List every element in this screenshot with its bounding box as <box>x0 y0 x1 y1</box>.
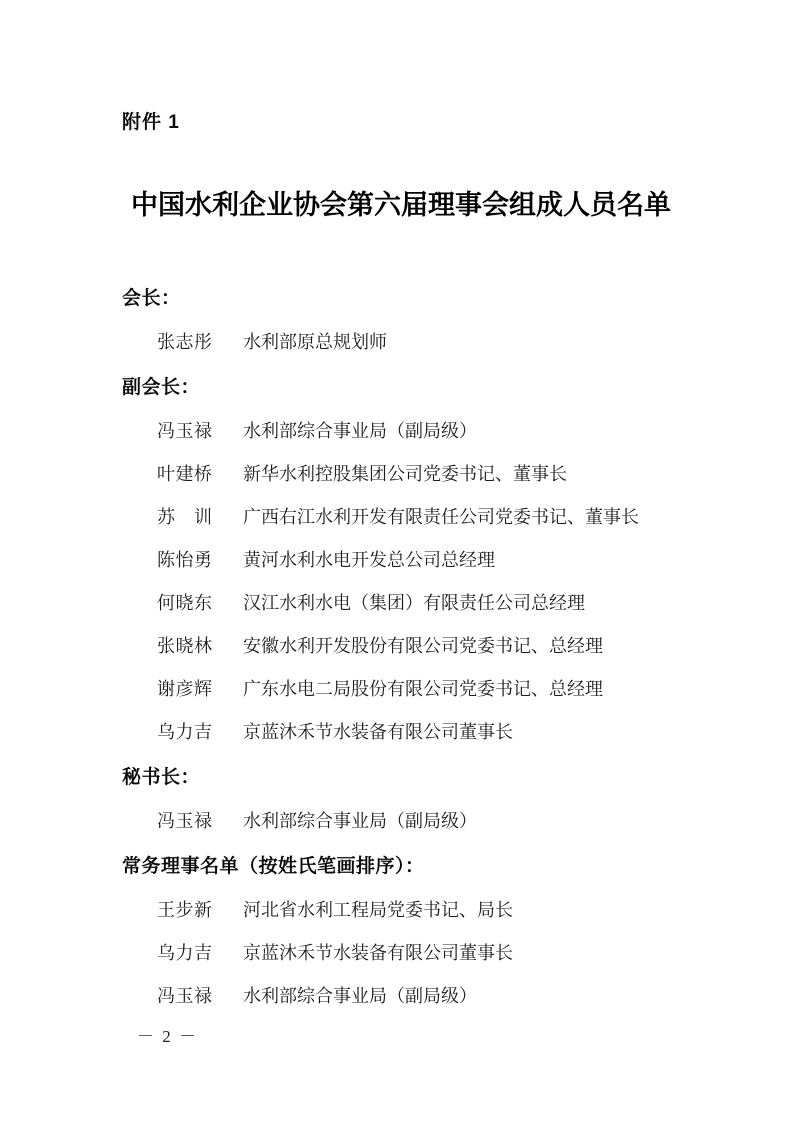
section-heading-vice-presidents: 副会长： <box>122 375 680 401</box>
member-row: 苏 训 广西右江水利开发有限责任公司党委书记、董事长 <box>157 504 680 530</box>
member-row: 何晓东 汉江水利水电（集团）有限责任公司总经理 <box>157 590 680 616</box>
member-name: 何晓东 <box>157 590 215 616</box>
member-name: 谢彦辉 <box>157 676 215 702</box>
member-row: 王步新 河北省水利工程局党委书记、局长 <box>157 897 680 923</box>
member-row: 冯玉禄 水利部综合事业局（副局级） <box>157 983 680 1009</box>
member-row: 冯玉禄 水利部综合事业局（副局级） <box>157 808 680 834</box>
member-name: 张晓林 <box>157 633 215 659</box>
member-name: 乌力吉 <box>157 940 215 966</box>
member-title: 新华水利控股集团公司党委书记、董事长 <box>243 461 567 487</box>
member-name: 冯玉禄 <box>157 808 215 834</box>
member-title: 水利部综合事业局（副局级） <box>243 983 477 1009</box>
document-body: 附件 1 中国水利企业协会第六届理事会组成人员名单 会长： 张志彤 水利部原总规… <box>0 0 800 1009</box>
member-name: 冯玉禄 <box>157 983 215 1009</box>
member-name: 乌力吉 <box>157 719 215 745</box>
member-title: 水利部综合事业局（副局级） <box>243 418 477 444</box>
document-page: 附件 1 中国水利企业协会第六届理事会组成人员名单 会长： 张志彤 水利部原总规… <box>0 0 800 1131</box>
page-number: － 2 － <box>137 1026 198 1048</box>
member-name: 叶建桥 <box>157 461 215 487</box>
member-title: 水利部综合事业局（副局级） <box>243 808 477 834</box>
member-row: 乌力吉 京蓝沐禾节水装备有限公司董事长 <box>157 940 680 966</box>
section-heading-secretary-general: 秘书长： <box>122 765 680 791</box>
member-title: 广东水电二局股份有限公司党委书记、总经理 <box>243 676 603 702</box>
member-row: 张晓林 安徽水利开发股份有限公司党委书记、总经理 <box>157 633 680 659</box>
member-title: 水利部原总规划师 <box>243 329 387 355</box>
section-heading-president: 会长： <box>122 286 680 312</box>
member-name: 苏 训 <box>157 504 215 530</box>
member-row: 叶建桥 新华水利控股集团公司党委书记、董事长 <box>157 461 680 487</box>
member-title: 京蓝沐禾节水装备有限公司董事长 <box>243 719 513 745</box>
attachment-label: 附件 1 <box>122 112 680 134</box>
member-name: 张志彤 <box>157 329 215 355</box>
member-row: 张志彤 水利部原总规划师 <box>157 329 680 355</box>
member-title: 汉江水利水电（集团）有限责任公司总经理 <box>243 590 585 616</box>
member-row: 谢彦辉 广东水电二局股份有限公司党委书记、总经理 <box>157 676 680 702</box>
member-title: 京蓝沐禾节水装备有限公司董事长 <box>243 940 513 966</box>
member-title: 河北省水利工程局党委书记、局长 <box>243 897 513 923</box>
member-row: 乌力吉 京蓝沐禾节水装备有限公司董事长 <box>157 719 680 745</box>
member-title: 广西右江水利开发有限责任公司党委书记、董事长 <box>243 504 639 530</box>
member-title: 黄河水利水电开发总公司总经理 <box>243 547 495 573</box>
member-name: 冯玉禄 <box>157 418 215 444</box>
member-row: 陈怡勇 黄河水利水电开发总公司总经理 <box>157 547 680 573</box>
member-row: 冯玉禄 水利部综合事业局（副局级） <box>157 418 680 444</box>
document-title: 中国水利企业协会第六届理事会组成人员名单 <box>122 190 680 220</box>
member-name: 陈怡勇 <box>157 547 215 573</box>
member-title: 安徽水利开发股份有限公司党委书记、总经理 <box>243 633 603 659</box>
member-name: 王步新 <box>157 897 215 923</box>
section-heading-standing-directors: 常务理事名单（按姓氏笔画排序）： <box>122 854 680 880</box>
